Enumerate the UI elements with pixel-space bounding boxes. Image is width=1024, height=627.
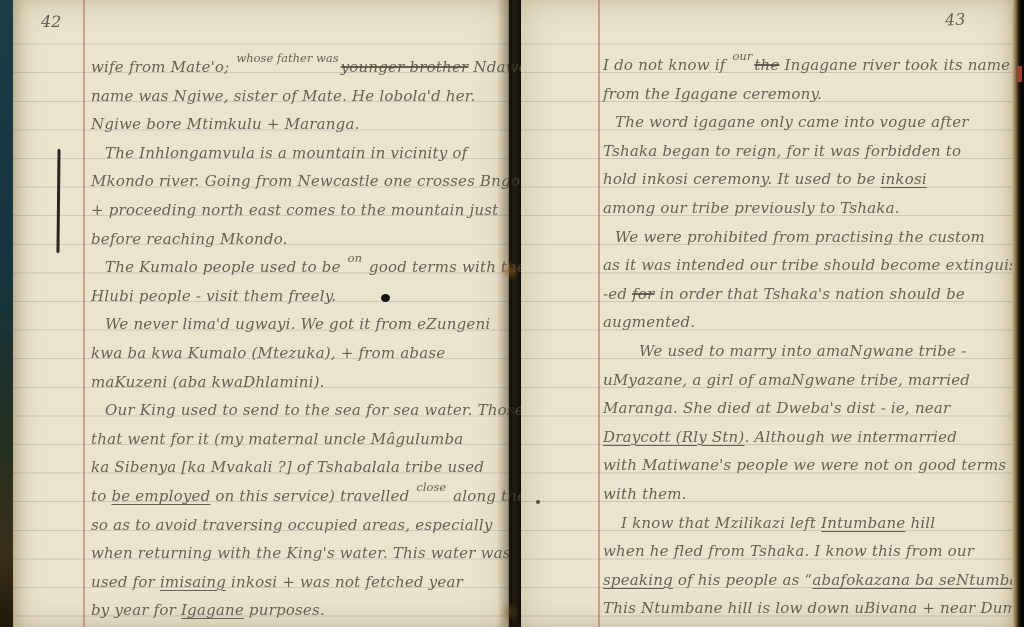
underlined-word: speaking	[603, 571, 673, 589]
handwritten-line: speaking of his people as “abafokazana b…	[603, 566, 1009, 595]
handwritten-text: Tshaka began to reign, for it was forbid…	[603, 142, 961, 160]
gutter-stain-bottom	[499, 602, 521, 622]
handwritten-line: We never lima'd ugwayi. We got it from e…	[91, 310, 501, 339]
handwritten-text: name was Ngiwe, sister of Mate. He lobol…	[91, 87, 475, 105]
handwritten-text: wife from Mate'o;	[91, 58, 234, 76]
handwritten-text: that went for it (my maternal uncle Mâgu…	[91, 430, 463, 448]
handwritten-text: when he fled from Tshaka. I know this fr…	[603, 542, 974, 560]
inserted-word: close	[416, 473, 446, 502]
handwritten-line: from the Igagane ceremony.	[603, 80, 1009, 109]
handwritten-text: The word igagane only came into vogue af…	[615, 113, 969, 131]
handwritten-line: We used to marry into amaNgwane tribe -	[603, 337, 1009, 366]
handwritten-text: of his people as “	[673, 571, 812, 589]
struck-word: for	[632, 285, 654, 303]
handwritten-line: wife from Mate'o; whose father wasyounge…	[91, 53, 501, 82]
handwritten-line: uMyazane, a girl of amaNgwane tribe, mar…	[603, 366, 1009, 395]
left-page-number: 42	[41, 12, 61, 31]
handwritten-text: This Ntumbane hill is low down uBivana +…	[603, 599, 1024, 617]
handwritten-text: I know that Mzilikazi left	[621, 514, 821, 532]
handwritten-text: inkosi + was not fetched year	[226, 573, 463, 591]
handwritten-text: by year for	[91, 601, 181, 619]
underlined-word: be employed	[111, 487, 210, 505]
handwritten-line: This Ntumbane hill is low down uBivana +…	[603, 594, 1009, 623]
handwritten-line: augmented.	[603, 308, 1009, 337]
handwritten-text: maKuzeni (aba kwaDhlamini).	[91, 373, 325, 391]
handwritten-line: Tshaka began to reign, for it was forbid…	[603, 137, 1009, 166]
inserted-word: whose father was	[236, 44, 338, 73]
handwritten-text: + proceeding north east comes to the mou…	[91, 201, 498, 219]
handwritten-line: Our King used to send to the sea for sea…	[91, 396, 501, 425]
handwritten-text: -ed	[603, 285, 632, 303]
handwritten-text: hold inkosi ceremony. It used to be	[603, 170, 881, 188]
handwritten-line: We were prohibited from practising the c…	[603, 223, 1009, 252]
handwritten-text: The Kumalo people used to be	[105, 258, 346, 276]
handwritten-line: by year for Igagane purposes.	[91, 596, 501, 625]
underlined-word: Draycott (Rly Stn)	[603, 428, 744, 446]
handwritten-text: Ngiwe bore Mtimkulu + Maranga.	[91, 115, 360, 133]
handwritten-line: maKuzeni (aba kwaDhlamini).	[91, 368, 501, 397]
inserted-word: our	[733, 42, 753, 71]
handwritten-text: from the Igagane ceremony.	[603, 85, 822, 103]
handwritten-text: before reaching Mkondo.	[91, 230, 288, 248]
handwritten-line: Hlubi people - visit them freely.	[91, 282, 501, 311]
right-page-text: I do not know if ourthe Ingagane river t…	[603, 51, 1009, 623]
handwritten-line: I know that Mzilikazi left Intumbane hil…	[603, 509, 1009, 538]
handwritten-line: hold inkosi ceremony. It used to be inko…	[603, 165, 1009, 194]
handwritten-line: -ed for in order that Tshaka's nation sh…	[603, 280, 1009, 309]
handwritten-line: The Kumalo people used to be on good ter…	[91, 253, 501, 282]
underlined-word: Igagane	[181, 601, 244, 619]
handwritten-text: purposes.	[244, 601, 325, 619]
handwritten-line: The word igagane only came into vogue af…	[603, 108, 1009, 137]
handwritten-line: I do not know if ourthe Ingagane river t…	[603, 51, 1009, 80]
handwritten-text: uMyazane, a girl of amaNgwane tribe, mar…	[603, 371, 970, 389]
handwritten-text: hill	[905, 514, 935, 532]
handwritten-text: . Although we intermarried	[744, 428, 957, 446]
handwritten-text: The Inhlongamvula is a mountain in vicin…	[105, 144, 467, 162]
right-page-number: 43	[944, 9, 965, 29]
handwritten-line: that went for it (my maternal uncle Mâgu…	[91, 425, 501, 454]
handwritten-text: as it was intended our tribe should beco…	[603, 256, 1024, 274]
book-cover-edge	[0, 0, 13, 627]
left-page-margin-line	[83, 0, 85, 627]
handwritten-line: with Matiwane's people we were not on go…	[603, 451, 1009, 480]
underlined-word: imisaing	[160, 573, 226, 591]
underlined-word: Intumbane	[821, 514, 905, 532]
struck-word: the	[754, 56, 779, 74]
handwritten-text: Our King used to send to the sea for sea…	[105, 401, 524, 419]
handwritten-line: when returning with the King's water. Th…	[91, 539, 501, 568]
handwritten-line: among our tribe previously to Tshaka.	[603, 194, 1009, 223]
underlined-word: inkosi	[881, 170, 927, 188]
paper-speck	[536, 500, 540, 504]
handwritten-text: We never lima'd ugwayi. We got it from e…	[105, 315, 490, 333]
handwritten-text: so as to avoid traversing occupied areas…	[91, 516, 493, 534]
handwritten-line: + proceeding north east comes to the mou…	[91, 196, 501, 225]
handwritten-line: before reaching Mkondo.	[91, 225, 501, 254]
handwritten-line: Draycott (Rly Stn). Although we intermar…	[603, 423, 1009, 452]
handwritten-text: augmented.	[603, 313, 695, 331]
right-page-margin-line	[598, 0, 600, 627]
handwritten-text: We used to marry into amaNgwane tribe -	[639, 342, 966, 360]
handwritten-text: Mkondo river. Going from Newcastle one c…	[91, 172, 534, 190]
handwritten-text: with them.	[603, 485, 687, 503]
underlined-word: abafokazana ba seNtumbane	[812, 571, 1024, 589]
handwritten-text: on this service) travelled	[210, 487, 414, 505]
handwritten-line: The Inhlongamvula is a mountain in vicin…	[91, 139, 501, 168]
struck-word: younger brother	[341, 58, 469, 76]
page-stack-edge	[1012, 0, 1024, 627]
handwritten-text: among our tribe previously to Tshaka.	[603, 199, 900, 217]
handwritten-text: when returning with the King's water. Th…	[91, 544, 511, 562]
handwritten-line: when he fled from Tshaka. I know this fr…	[603, 537, 1009, 566]
handwritten-line: with them.	[603, 480, 1009, 509]
handwritten-line: used for imisaing inkosi + was not fetch…	[91, 568, 501, 597]
handwritten-text: to	[91, 487, 111, 505]
red-edge-mark	[1017, 66, 1022, 82]
inserted-word: on	[348, 244, 362, 273]
left-page-text: wife from Mate'o; whose father wasyounge…	[91, 53, 501, 625]
handwritten-line: Mkondo river. Going from Newcastle one c…	[91, 167, 501, 196]
margin-paragraph-stroke	[56, 149, 60, 253]
left-page: 42 wife from Mate'o; whose father wasyou…	[13, 0, 509, 627]
handwritten-line: kwa ba kwa Kumalo (Mtezuka), + from abas…	[91, 339, 501, 368]
handwritten-line: as it was intended our tribe should beco…	[603, 251, 1009, 280]
handwritten-line: so as to avoid traversing occupied areas…	[91, 511, 501, 540]
handwritten-line: to be employed on this service) travelle…	[91, 482, 501, 511]
right-page: 43 I do not know if ourthe Ingagane rive…	[521, 0, 1015, 627]
handwritten-text: Ingagane river took its name	[780, 56, 1011, 74]
handwritten-text: used for	[91, 573, 160, 591]
handwritten-line: name was Ngiwe, sister of Mate. He lobol…	[91, 82, 501, 111]
handwritten-text: Maranga. She died at Dweba's dist - ie, …	[603, 399, 950, 417]
handwritten-line: Maranga. She died at Dweba's dist - ie, …	[603, 394, 1009, 423]
handwritten-text: in order that Tshaka's nation should be	[654, 285, 964, 303]
handwritten-text: kwa ba kwa Kumalo (Mtezuka), + from abas…	[91, 344, 445, 362]
handwritten-line: Ngiwe bore Mtimkulu + Maranga.	[91, 110, 501, 139]
notebook-scan: { "colors":{ "paper":"#ebe3cc", "rule_li…	[0, 0, 1024, 627]
gutter-stain	[501, 261, 519, 281]
handwritten-text: with Matiwane's people we were not on go…	[603, 456, 1006, 474]
handwritten-text: I do not know if	[603, 56, 731, 74]
handwritten-text: Hlubi people - visit them freely.	[91, 287, 336, 305]
handwritten-text: We were prohibited from practising the c…	[615, 228, 985, 246]
